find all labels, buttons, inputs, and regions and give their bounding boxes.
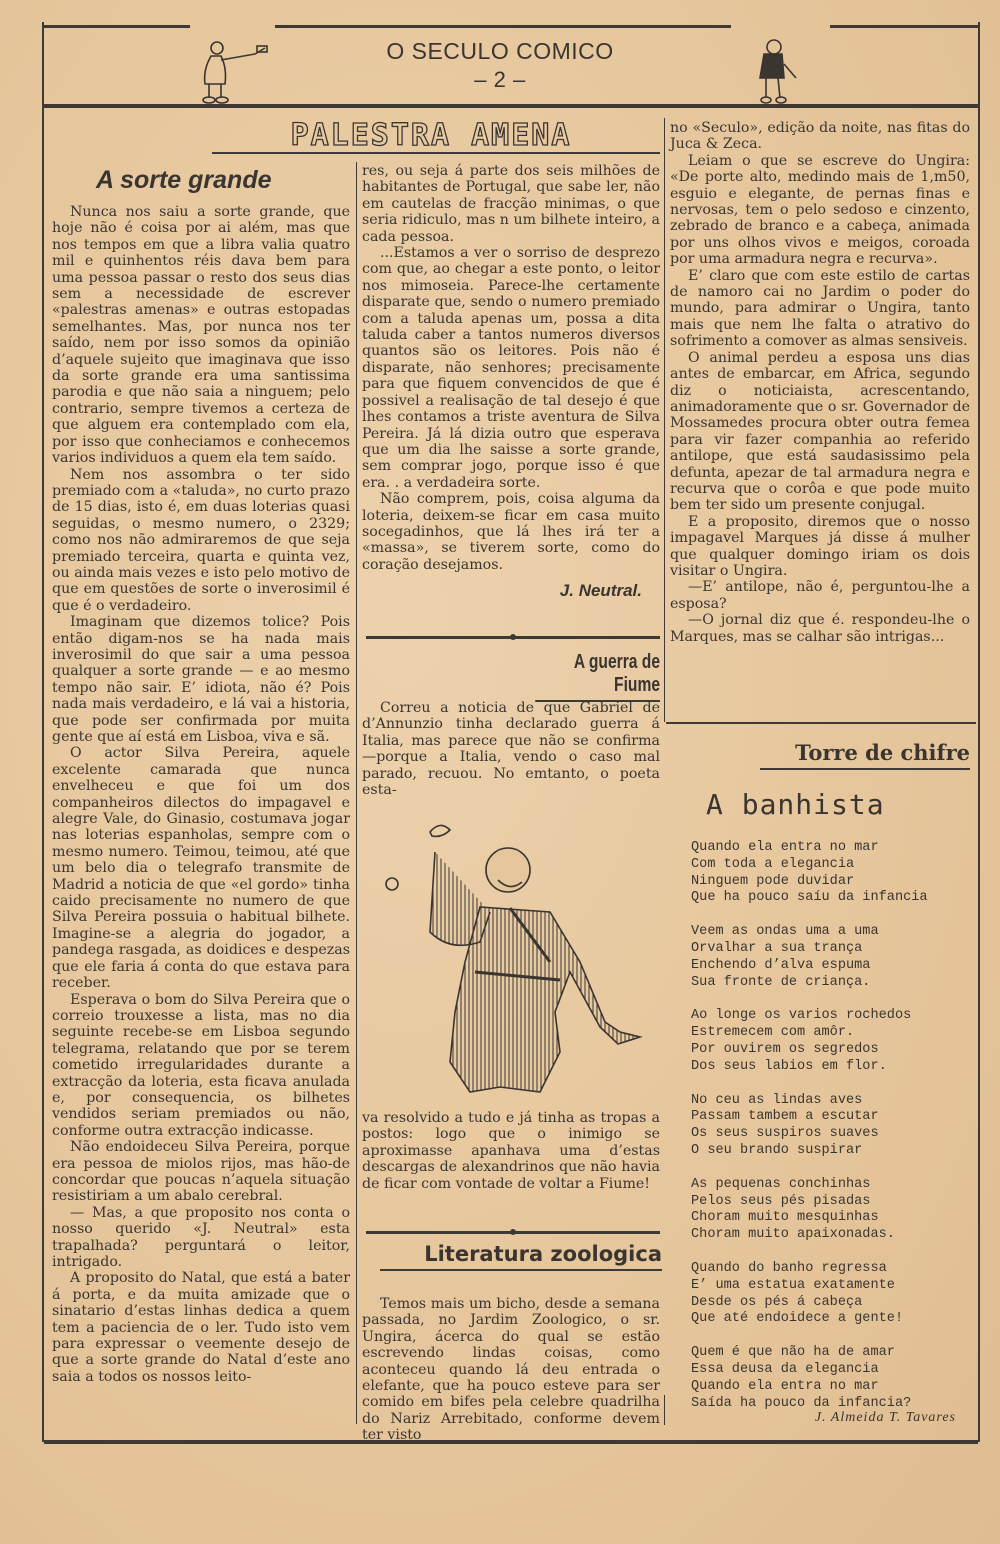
article-title: A guerra de Fiume <box>535 651 660 702</box>
poem-line: Passam tambem a escutar <box>691 1109 961 1126</box>
section-title-underline <box>212 152 660 154</box>
paragraph: Nem nos assombra o ter sido premiado com… <box>52 467 350 615</box>
fiume-text-top: Correu a noticia de que Gabriel de d’Ann… <box>362 700 660 798</box>
bottom-rule <box>44 1440 978 1444</box>
section-rule <box>666 722 976 724</box>
paragraph: Não comprem, pois, coisa alguma da loter… <box>362 491 660 573</box>
paragraph: A proposito do Natal, que está a bater á… <box>52 1270 350 1385</box>
poem-line: Orvalhar a sua trança <box>691 941 961 958</box>
column-rule <box>356 162 357 1424</box>
column-rule <box>664 1395 665 1425</box>
poem-line: O seu brando suspirar <box>691 1143 961 1160</box>
paragraph: Temos mais um bicho, desde a semana pass… <box>362 1296 660 1444</box>
poem-stanza: Quando do banho regressa E’ uma estatua … <box>691 1261 961 1328</box>
article-column-2: res, ou seja á parte dos seis milhões de… <box>362 163 660 600</box>
paragraph: Correu a noticia de que Gabriel de d’Ann… <box>362 700 660 798</box>
poem-line: As pequenas conchinhas <box>691 1177 961 1194</box>
poem-signature: J. Almeida T. Tavares <box>760 1410 956 1426</box>
article-title: Literatura zoologica <box>380 1242 662 1271</box>
column-rule <box>664 118 665 722</box>
paragraph: Esperava o bom do Silva Pereira que o co… <box>52 992 350 1140</box>
paragraph: va resolvido a tudo e já tinha as tropas… <box>362 1110 660 1192</box>
poem-line: Que até endoidece a gente! <box>691 1311 961 1328</box>
zoologica-text: Temos mais um bicho, desde a semana pass… <box>362 1296 660 1444</box>
soldier-caricature-illustration <box>380 812 650 1102</box>
right-cartoon-figure-icon <box>748 38 808 106</box>
paragraph: E’ claro que com este estilo de cartas d… <box>670 268 970 350</box>
paragraph: Nunca nos saiu a sorte grande, que hoje … <box>52 204 350 467</box>
poem-line: Enchendo d’alva espuma <box>691 958 961 975</box>
poem-stanza: Quem é que não ha de amar Essa deusa da … <box>691 1345 961 1412</box>
paragraph: ...Estamos a ver o sorriso de desprezo c… <box>362 245 660 491</box>
newspaper-title: O SECULO COMICO <box>330 38 670 65</box>
page-number: – 2 – <box>330 67 670 93</box>
paragraph: O actor Silva Pereira, aquele excelente … <box>52 745 350 991</box>
paragraph: E a proposito, diremos que o nosso impag… <box>670 514 970 580</box>
masthead: O SECULO COMICO – 2 – <box>330 38 670 93</box>
fiume-text-bottom: va resolvido a tudo e já tinha as tropas… <box>362 1110 660 1192</box>
poem-line: Dos seus labios em flor. <box>691 1059 961 1076</box>
poem-line: Com toda a elegancia <box>691 857 961 874</box>
left-cartoon-figure-icon <box>195 40 275 106</box>
poem-stanza: Ao longe os varios rochedos Estremecem c… <box>691 1008 961 1075</box>
poem-line: Quando ela entra no mar <box>691 1379 961 1396</box>
poem-line: Que ha pouco saíu da infancia <box>691 890 961 907</box>
poem-line: Ao longe os varios rochedos <box>691 1008 961 1025</box>
poem-stanza: Quando ela entra no mar Com toda a elega… <box>691 840 961 907</box>
header-rule <box>42 104 978 108</box>
author-signature: J. Neutral. <box>362 583 660 599</box>
poem: Quando ela entra no mar Com toda a elega… <box>691 840 961 1429</box>
paragraph: —E’ antilope, não é, perguntou-lhe a esp… <box>670 579 970 612</box>
poem-line: Quem é que não ha de amar <box>691 1345 961 1362</box>
poem-line: Os seus suspiros suaves <box>691 1126 961 1143</box>
paragraph: —O jornal diz que é. respondeu-lhe o Mar… <box>670 612 970 645</box>
section-title: PALESTRA AMENA <box>200 118 662 153</box>
poem-line: E’ uma estatua exatamente <box>691 1278 961 1295</box>
poem-title: A banhista <box>706 788 885 821</box>
article-title: A sorte grande <box>96 166 272 195</box>
poem-line: No ceu as lindas aves <box>691 1093 961 1110</box>
poem-stanza: Veem as ondas uma a uma Orvalhar a sua t… <box>691 924 961 991</box>
ornamental-divider <box>366 636 660 639</box>
paragraph: O animal perdeu a esposa uns dias antes … <box>670 350 970 514</box>
paragraph: no «Seculo», edição da noite, nas fitas … <box>670 120 970 153</box>
paragraph: res, ou seja á parte dos seis milhões de… <box>362 163 660 245</box>
poem-line: Choram muito mesquinhas <box>691 1210 961 1227</box>
poem-line: Quando do banho regressa <box>691 1261 961 1278</box>
poem-line: Sua fronte de criança. <box>691 975 961 992</box>
paragraph: Imaginam que dizemos tolice? Pois então … <box>52 614 350 745</box>
poem-stanza: As pequenas conchinhas Pelos seus pés pi… <box>691 1177 961 1244</box>
paragraph: Leiam o que se escreve do Ungira: «De po… <box>670 153 970 268</box>
poem-line: Pelos seus pés pisadas <box>691 1194 961 1211</box>
poem-line: Veem as ondas uma a uma <box>691 924 961 941</box>
paragraph: — Mas, a que proposito nos conta o nosso… <box>52 1205 350 1271</box>
article-column-3: no «Seculo», edição da noite, nas fitas … <box>670 120 970 645</box>
poem-line: Desde os pés á cabeça <box>691 1295 961 1312</box>
poem-line: Por ouvirem os segredos <box>691 1042 961 1059</box>
poem-line: Essa deusa da elegancia <box>691 1362 961 1379</box>
poem-line: Ninguem pode duvidar <box>691 874 961 891</box>
ornamental-divider <box>366 1231 660 1234</box>
poem-line: Estremecem com amôr. <box>691 1025 961 1042</box>
poem-line: Choram muito apaixonadas. <box>691 1227 961 1244</box>
paragraph: Não endoideceu Silva Pereira, porque era… <box>52 1139 350 1205</box>
poem-stanza: No ceu as lindas aves Passam tambem a es… <box>691 1093 961 1160</box>
poem-line: Quando ela entra no mar <box>691 840 961 857</box>
article-column-1: Nunca nos saiu a sorte grande, que hoje … <box>52 204 350 1385</box>
section-title: Torre de chifre <box>760 740 970 770</box>
